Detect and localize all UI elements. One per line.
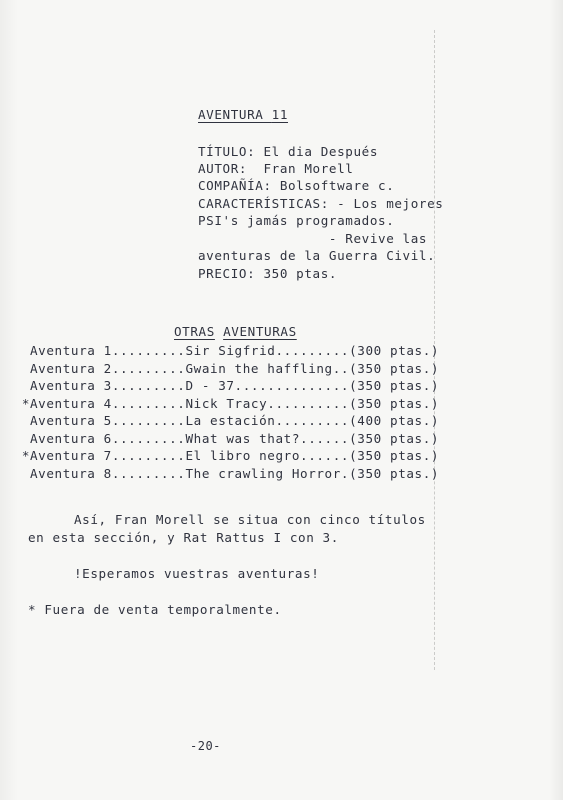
mark-spacer xyxy=(14,360,30,378)
summary-paragraph: Así, Fran Morell se situa con cinco títu… xyxy=(74,512,426,528)
field-caracteristicas-cont: PSI's jamás programados. xyxy=(198,213,394,229)
list-item-text: Aventura 3.........D - 37..............(… xyxy=(30,378,439,393)
field-autor: AUTOR: Fran Morell xyxy=(198,161,353,177)
field-compania: COMPAÑÍA: Bolsoftware c. xyxy=(198,178,394,194)
field-titulo: TÍTULO: El dia Después xyxy=(198,144,378,160)
list-item-text: Aventura 2.........Gwain the haffling..(… xyxy=(30,361,439,376)
list-item: Aventura 2.........Gwain the haffling..(… xyxy=(14,360,439,378)
heading-number: 11 xyxy=(272,107,288,122)
otras-heading-word: AVENTURAS xyxy=(223,324,297,339)
list-item-text: Aventura 1.........Sir Sigfrid.........(… xyxy=(30,343,439,358)
list-item: Aventura 3.........D - 37..............(… xyxy=(14,377,439,395)
list-item: *Aventura 7.........El libro negro......… xyxy=(14,447,439,465)
list-item-text: Aventura 7.........El libro negro......(… xyxy=(30,448,439,463)
mark-spacer xyxy=(14,377,30,395)
list-item: Aventura 5.........La estación.........(… xyxy=(14,412,439,430)
asterisk-mark: * xyxy=(14,395,30,413)
field-caracteristicas-cont: - Revive las xyxy=(198,231,427,247)
heading-prefix: AVENTURA xyxy=(198,107,272,122)
call-to-action: !Esperamos vuestras aventuras! xyxy=(74,566,319,582)
section-heading: AVENTURA 11 xyxy=(198,107,288,123)
typewritten-page: AVENTURA 11 TÍTULO: El dia Después AUTOR… xyxy=(0,0,563,800)
otras-aventuras-heading: OTRAS AVENTURAS xyxy=(174,324,297,340)
page-number: -20- xyxy=(190,738,221,754)
list-item-text: Aventura 5.........La estación.........(… xyxy=(30,413,439,428)
mark-spacer xyxy=(14,430,30,448)
list-item: Aventura 1.........Sir Sigfrid.........(… xyxy=(14,342,439,360)
otras-heading-word: OTRAS xyxy=(174,324,215,339)
asterisk-mark: * xyxy=(14,447,30,465)
list-item-text: Aventura 8.........The crawling Horror.(… xyxy=(30,466,439,481)
list-item: Aventura 6.........What was that?......(… xyxy=(14,430,439,448)
mark-spacer xyxy=(14,342,30,360)
list-item: Aventura 8.........The crawling Horror.(… xyxy=(14,465,439,483)
list-item-text: Aventura 6.........What was that?......(… xyxy=(30,431,439,446)
mark-spacer xyxy=(14,412,30,430)
footnote: * Fuera de venta temporalmente. xyxy=(28,602,282,618)
field-precio: PRECIO: 350 ptas. xyxy=(198,266,337,282)
list-item-text: Aventura 4.........Nick Tracy..........(… xyxy=(30,396,439,411)
field-caracteristicas: CARACTERÍSTICAS: - Los mejores xyxy=(198,196,443,212)
adventure-list: Aventura 1.........Sir Sigfrid.........(… xyxy=(14,342,439,482)
field-caracteristicas-cont: aventuras de la Guerra Civil. xyxy=(198,248,435,264)
summary-paragraph-cont: en esta sección, y Rat Rattus I con 3. xyxy=(28,530,339,546)
list-item: *Aventura 4.........Nick Tracy..........… xyxy=(14,395,439,413)
mark-spacer xyxy=(14,465,30,483)
